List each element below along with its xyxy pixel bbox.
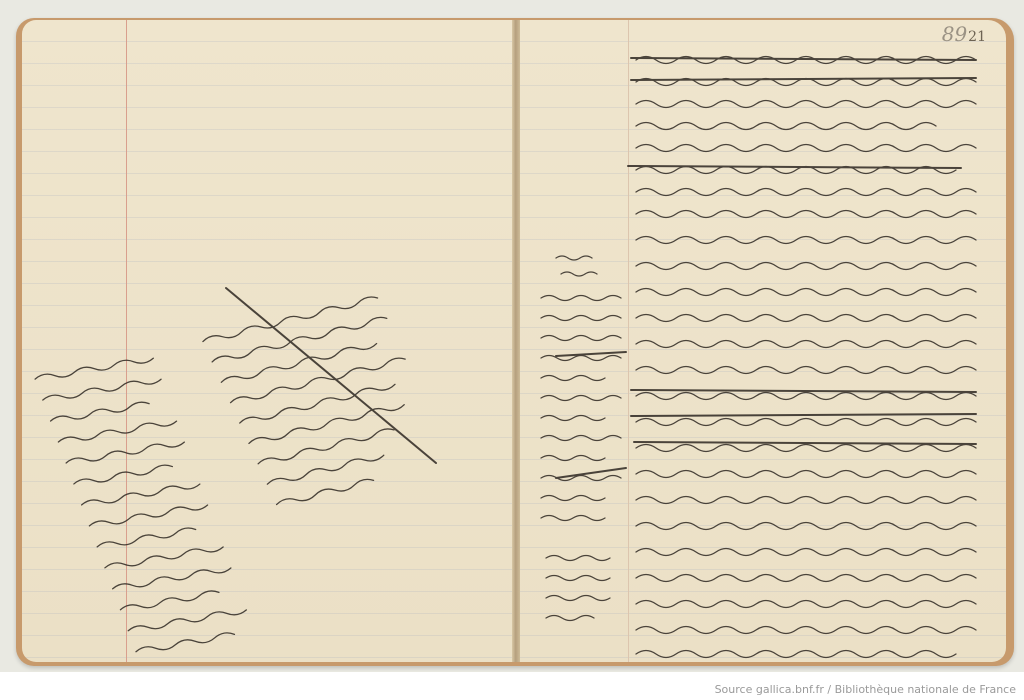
printed-folio: 21	[968, 29, 986, 45]
right-margin-rule	[628, 20, 629, 662]
notebook-spread: 8921	[16, 18, 1014, 666]
left-page	[22, 20, 514, 662]
source-credit: Source gallica.bnf.fr / Bibliothèque nat…	[715, 683, 1016, 696]
pencil-folio: 89	[942, 22, 967, 46]
page-number: 8921	[942, 22, 986, 46]
right-page: 8921	[516, 20, 1006, 662]
binding-gutter	[512, 20, 520, 662]
left-margin-rule	[126, 20, 127, 662]
